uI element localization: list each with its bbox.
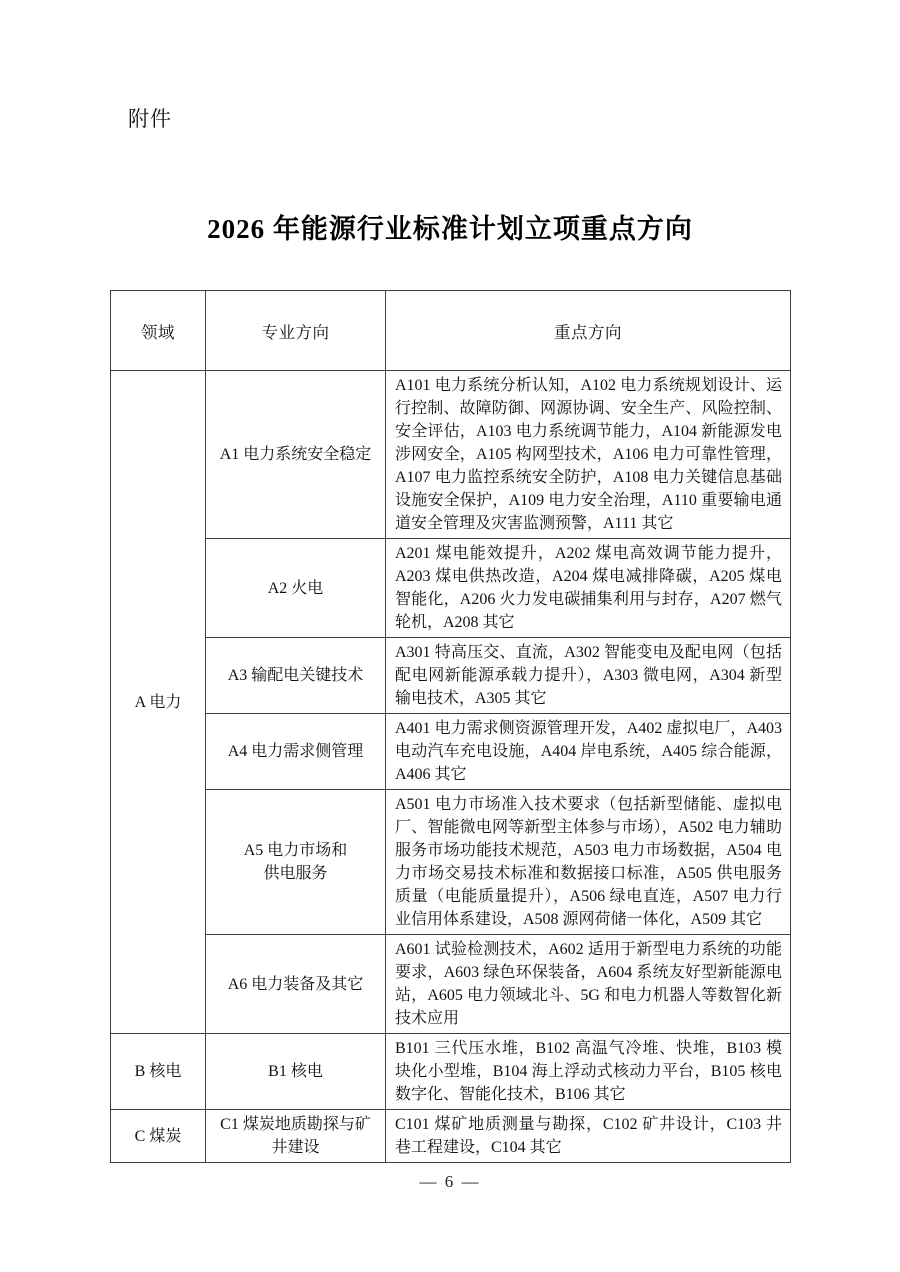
field-cell-electric-power: A 电力: [111, 371, 206, 1034]
page-number: — 6 —: [0, 1172, 900, 1192]
table-body: A 电力 A1 电力系统安全稳定 A101 电力系统分析认知，A102 电力系统…: [111, 371, 791, 1163]
direction-cell-a6: A6 电力装备及其它: [206, 935, 386, 1034]
direction-cell-b1: B1 核电: [206, 1034, 386, 1110]
table-row-a3: A3 输配电关键技术 A301 特高压交、直流，A302 智能变电及配电网（包括…: [111, 638, 791, 714]
attachment-label: 附件: [128, 103, 172, 133]
direction-cell-a2: A2 火电: [206, 539, 386, 638]
focus-cell-c1: C101 煤矿地质测量与勘探，C102 矿井设计，C103 井巷工程建设，C10…: [386, 1110, 791, 1163]
focus-cell-a2: A201 煤电能效提升，A202 煤电高效调节能力提升，A203 煤电供热改造，…: [386, 539, 791, 638]
focus-cell-a1: A101 电力系统分析认知，A102 电力系统规划设计、运行控制、故障防御、网源…: [386, 371, 791, 539]
table-row-a2: A2 火电 A201 煤电能效提升，A202 煤电高效调节能力提升，A203 煤…: [111, 539, 791, 638]
focus-cell-a6: A601 试验检测技术，A602 适用于新型电力系统的功能要求，A603 绿色环…: [386, 935, 791, 1034]
table-row-a6: A6 电力装备及其它 A601 试验检测技术，A602 适用于新型电力系统的功能…: [111, 935, 791, 1034]
page-title: 2026 年能源行业标准计划立项重点方向: [0, 207, 900, 246]
field-cell-coal: C 煤炭: [111, 1110, 206, 1163]
table-row-a5: A5 电力市场和 供电服务 A501 电力市场准入技术要求（包括新型储能、虚拟电…: [111, 790, 791, 935]
table-row-b1: B 核电 B1 核电 B101 三代压水堆，B102 高温气冷堆、快堆，B103…: [111, 1034, 791, 1110]
column-header-focus: 重点方向: [386, 291, 791, 371]
direction-cell-a4: A4 电力需求侧管理: [206, 714, 386, 790]
key-directions-table: 领域 专业方向 重点方向 A 电力 A1 电力系统安全稳定 A101 电力系统分…: [110, 290, 791, 1163]
focus-cell-a4: A401 电力需求侧资源管理开发，A402 虚拟电厂，A403 电动汽车充电设施…: [386, 714, 791, 790]
field-cell-nuclear-power: B 核电: [111, 1034, 206, 1110]
table-row-a4: A4 电力需求侧管理 A401 电力需求侧资源管理开发，A402 虚拟电厂，A4…: [111, 714, 791, 790]
focus-cell-a3: A301 特高压交、直流，A302 智能变电及配电网（包括配电网新能源承载力提升…: [386, 638, 791, 714]
focus-cell-a5: A501 电力市场准入技术要求（包括新型储能、虚拟电厂、智能微电网等新型主体参与…: [386, 790, 791, 935]
document-page: { "page": { "attachment_label": "附件", "t…: [0, 0, 900, 1272]
direction-cell-a5: A5 电力市场和 供电服务: [206, 790, 386, 935]
table-header: 领域 专业方向 重点方向: [111, 291, 791, 371]
table-row-c1: C 煤炭 C1 煤炭地质勘探与矿 井建设 C101 煤矿地质测量与勘探，C102…: [111, 1110, 791, 1163]
direction-cell-a3: A3 输配电关键技术: [206, 638, 386, 714]
focus-cell-b1: B101 三代压水堆，B102 高温气冷堆、快堆，B103 模块化小型堆，B10…: [386, 1034, 791, 1110]
column-header-direction: 专业方向: [206, 291, 386, 371]
header-row: 领域 专业方向 重点方向: [111, 291, 791, 371]
column-header-field: 领域: [111, 291, 206, 371]
table-row-a1: A 电力 A1 电力系统安全稳定 A101 电力系统分析认知，A102 电力系统…: [111, 371, 791, 539]
direction-cell-c1: C1 煤炭地质勘探与矿 井建设: [206, 1110, 386, 1163]
direction-cell-a1: A1 电力系统安全稳定: [206, 371, 386, 539]
